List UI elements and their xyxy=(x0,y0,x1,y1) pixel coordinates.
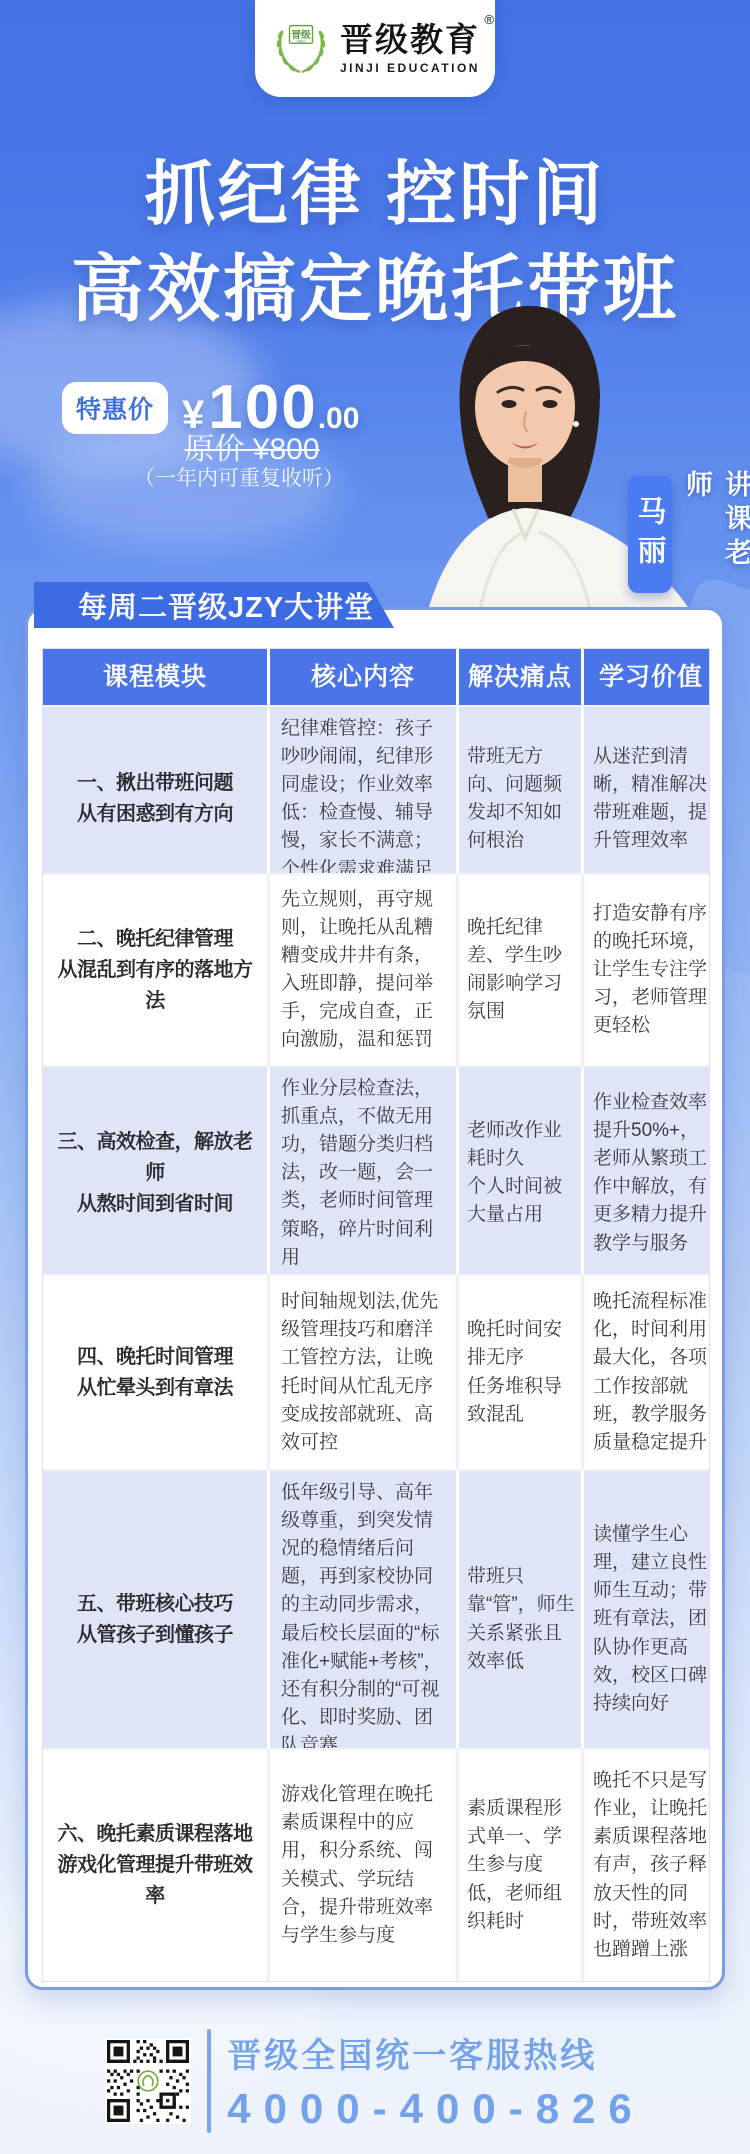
header-course-module: 课程模块 xyxy=(43,649,267,705)
value-cell: 晚托不只是写作业，让晚托素质课程落地有声，孩子释放天性的同时，带班效率也蹭蹭上涨 xyxy=(584,1750,709,1981)
table-row: 二、晚托纪律管理从混乱到有序的落地方法 先立规则，再守规则，让晚托从乱糟糟变成井… xyxy=(43,873,709,1065)
logo-seal-subtext: JINJI xyxy=(296,38,305,43)
hotline-phone: 4000-400-826 xyxy=(227,2085,645,2133)
table-row: 六、晚托素质课程落地游戏化管理提升带班效率 游戏化管理在晚托素质课程中的应用，积… xyxy=(43,1748,709,1981)
table-row: 一、揪出带班问题从有困惑到有方向 纪律难管控：孩子吵吵闹闹，纪律形同虚设；作业效… xyxy=(43,705,709,873)
table-row: 五、带班核心技巧从管孩子到懂孩子 低年级引导、高年级尊重，到突发情况的稳情绪后问… xyxy=(43,1469,709,1748)
pain-cell: 素质课程形式单一、学生参与度低，老师组织耗时 xyxy=(459,1750,581,1981)
section-banner-title: 每周二晋级JZY大讲堂 xyxy=(78,585,374,626)
pain-cell: 晚托纪律差、学生吵闹影响学习氛围 xyxy=(459,875,581,1065)
qr-code xyxy=(105,2038,191,2124)
value-cell: 作业检查效率提升50%+，老师从繁琐工作中解放，有更多精力提升教学与服务 xyxy=(584,1067,709,1274)
pain-cell: 带班无方向、问题频发却不知如何根治 xyxy=(459,707,581,873)
footer-divider xyxy=(207,2029,211,2133)
section-banner: 每周二晋级JZY大讲堂 xyxy=(34,582,394,628)
table-row: 四、晚托时间管理从忙晕头到有章法 时间轴规划法,优先级管理技巧和磨洋工管控方法，… xyxy=(43,1274,709,1469)
module-cell: 四、晚托时间管理从忙晕头到有章法 xyxy=(43,1276,267,1469)
table-header-row: 课程模块 核心内容 解决痛点 学习价值 xyxy=(43,649,709,705)
module-cell: 五、带班核心技巧从管孩子到懂孩子 xyxy=(43,1471,267,1748)
poster: 晋级 JINJI 晋级教育 ® JINJI EDUCATION 抓纪律 控时间 … xyxy=(0,0,750,2154)
brand-name-en: JINJI EDUCATION xyxy=(340,62,480,74)
hero-title-line1: 抓纪律 控时间 xyxy=(0,138,750,239)
hotline-block: 晋级全国统一客服热线 4000-400-826 xyxy=(227,2028,645,2133)
content-cell: 时间轴规划法,优先级管理技巧和磨洋工管控方法，让晚托时间从忙乱无序变成按部就班、… xyxy=(270,1276,456,1469)
laurel-wreath-icon: 晋级 JINJI xyxy=(270,15,332,82)
replay-note: （一年内可重复收听） xyxy=(104,462,374,492)
footer: 晋级全国统一客服热线 4000-400-826 xyxy=(0,2028,750,2133)
content-cell: 纪律难管控：孩子吵吵闹闹，纪律形同虚设；作业效率低：检查慢、辅导慢，家长不满意；… xyxy=(270,707,456,873)
teacher-photo xyxy=(420,300,720,610)
teacher-name: 马丽 xyxy=(630,496,671,574)
content-cell: 低年级引导、高年级尊重，到突发情况的稳情绪后问题，再到家校协同的主动同步需求，最… xyxy=(270,1471,456,1748)
header-pain-points: 解决痛点 xyxy=(459,649,581,705)
value-cell: 晚托流程标准化，时间利用最大化，各项工作按部就班，教学服务质量稳定提升 xyxy=(584,1276,709,1469)
content-cell: 游戏化管理在晚托素质课程中的应用，积分系统、闯关模式、学玩结合，提升带班效率与学… xyxy=(270,1750,456,1981)
header-core-content: 核心内容 xyxy=(270,649,456,705)
value-cell: 打造安静有序的晚托环境，让学生专注学习，老师管理更轻松 xyxy=(584,875,709,1065)
brand-name-cn: 晋级教育 xyxy=(340,21,480,58)
header-learning-value: 学习价值 xyxy=(584,649,709,705)
content-cell: 先立规则，再守规则，让晚托从乱糟糟变成井井有条，入班即静，提问举手，完成自查，正… xyxy=(270,875,456,1065)
pain-cell: 老师改作业耗时久 个人时间被大量占用 xyxy=(459,1067,581,1274)
hotline-label: 晋级全国统一客服热线 xyxy=(227,2028,645,2077)
brand-logo-card: 晋级 JINJI 晋级教育 ® JINJI EDUCATION xyxy=(255,0,495,97)
content-cell: 作业分层检查法，抓重点，不做无用功，错题分类归档法，改一题，会一类，老师时间管理… xyxy=(270,1067,456,1274)
pain-cell: 晚托时间安排无序 任务堆积导致混乱 xyxy=(459,1276,581,1469)
module-cell: 一、揪出带班问题从有困惑到有方向 xyxy=(43,707,267,873)
value-cell: 读懂学生心理，建立良性师生互动；带班有章法，团队协作更高效，校区口碑持续向好 xyxy=(584,1471,709,1748)
teacher-name-badge: 马丽 xyxy=(628,476,672,593)
course-table: 课程模块 核心内容 解决痛点 学习价值 一、揪出带班问题从有困惑到有方向 纪律难… xyxy=(42,648,710,1982)
module-cell: 六、晚托素质课程落地游戏化管理提升带班效率 xyxy=(43,1750,267,1981)
value-cell: 从迷茫到清晰，精准解决带班难题，提升管理效率 xyxy=(584,707,709,873)
module-cell: 三、高效检查，解放老师从熬时间到省时间 xyxy=(43,1067,267,1274)
teacher-role-label: 讲课老师 xyxy=(678,470,750,602)
registered-mark: ® xyxy=(484,13,494,26)
module-cell: 二、晚托纪律管理从混乱到有序的落地方法 xyxy=(43,875,267,1065)
table-row: 三、高效检查，解放老师从熬时间到省时间 作业分层检查法，抓重点，不做无用功，错题… xyxy=(43,1065,709,1274)
course-panel: 课程模块 核心内容 解决痛点 学习价值 一、揪出带班问题从有困惑到有方向 纪律难… xyxy=(25,607,725,1990)
pain-cell: 带班只靠“管”，师生关系紧张且效率低 xyxy=(459,1471,581,1748)
